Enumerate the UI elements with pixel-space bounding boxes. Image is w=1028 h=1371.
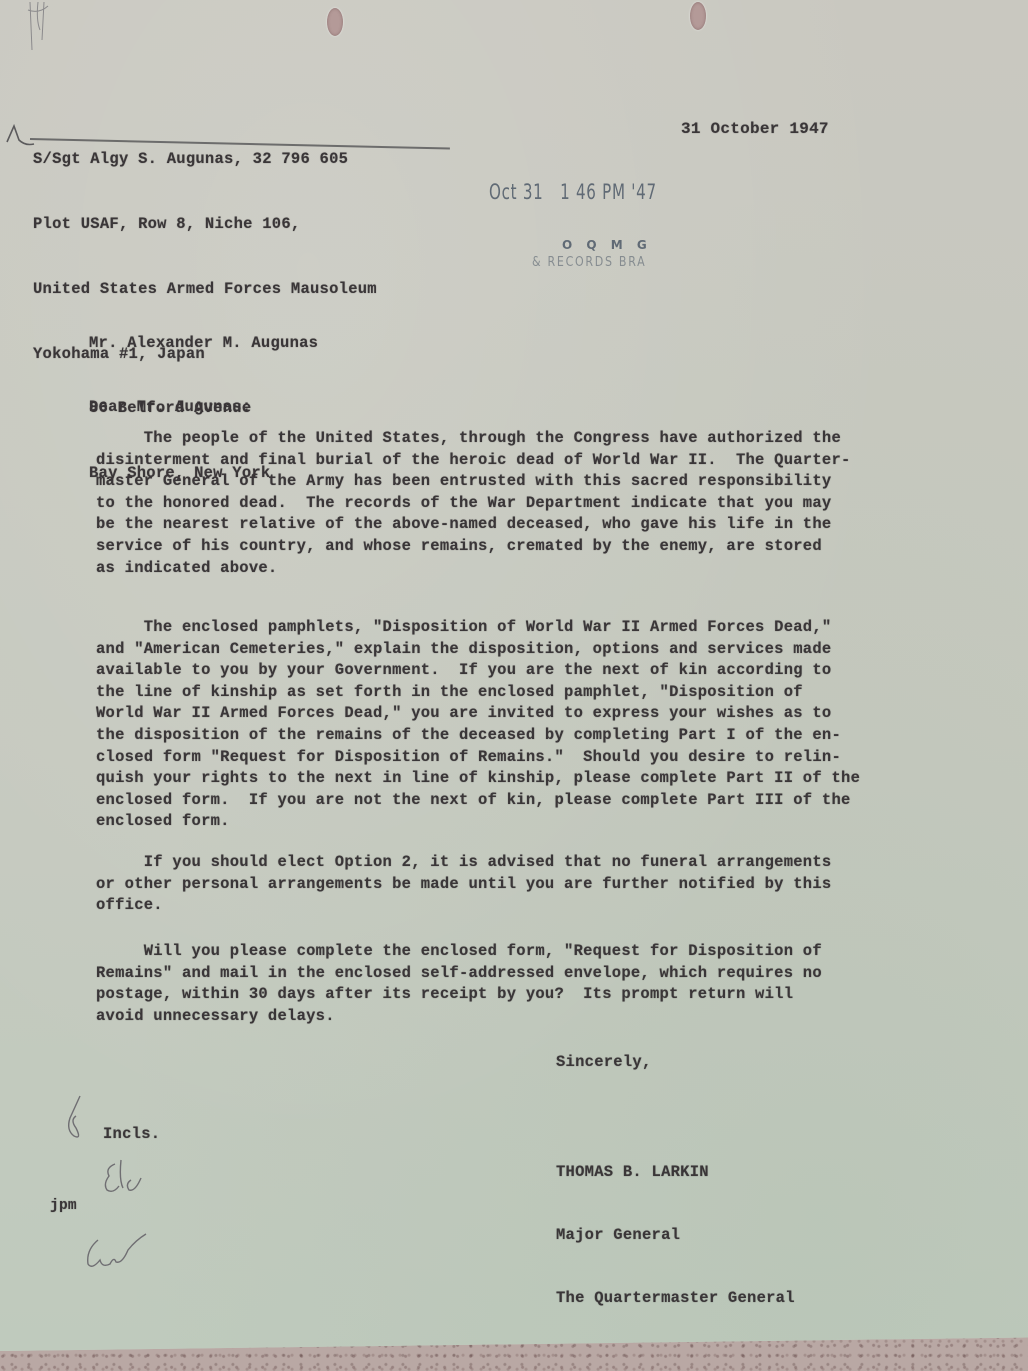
paragraph-line: Remains" and mail in the enclosed self-a…	[96, 963, 996, 985]
signer-name: THOMAS B. LARKIN	[556, 1162, 795, 1183]
paragraph-line: and "American Cemeteries," explain the d…	[96, 639, 996, 661]
paragraph-line: closed form "Request for Disposition of …	[96, 747, 996, 769]
paragraph-line: The enclosed pamphlets, "Disposition of …	[96, 617, 996, 639]
punch-hole-left	[327, 8, 343, 36]
received-time-stamp: Oct 31 1 46 PM '47	[489, 180, 657, 204]
body-paragraph-1: The people of the United States, through…	[96, 428, 996, 579]
paragraph-line: enclosed form.	[96, 811, 996, 833]
body-paragraph-2: The enclosed pamphlets, "Disposition of …	[96, 617, 996, 833]
recipient-line: Mr. Alexander M. Augunas	[89, 333, 318, 355]
paragraph-line: the line of kinship as set forth in the …	[96, 682, 996, 704]
handwritten-initials-elc-icon	[95, 1150, 175, 1210]
paragraph-line: office.	[96, 895, 996, 917]
sender-line: S/Sgt Algy S. Augunas, 32 796 605	[33, 149, 377, 171]
caret-mark-icon	[5, 120, 35, 148]
body-paragraph-3: If you should elect Option 2, it is advi…	[96, 852, 996, 917]
handwritten-eight-icon	[62, 1090, 142, 1150]
paragraph-line: World War II Armed Forces Dead," you are…	[96, 703, 996, 725]
body-paragraph-4: Will you please complete the enclosed fo…	[96, 941, 996, 1027]
records-branch-stamp: & RECORDS BRA	[532, 255, 646, 270]
salutation: Dear Mr. Augunas:	[89, 397, 251, 419]
corner-pencil-mark-icon	[24, 0, 54, 55]
letter-page: S/Sgt Algy S. Augunas, 32 796 605 Plot U…	[0, 0, 1028, 1351]
paragraph-line: Will you please complete the enclosed fo…	[96, 941, 996, 963]
paragraph-line: service of his country, and whose remain…	[96, 536, 996, 558]
paragraph-line: postage, within 30 days after its receip…	[96, 984, 996, 1006]
paragraph-line: quish your rights to the next in line of…	[96, 768, 996, 790]
signer-title: The Quartermaster General	[556, 1288, 795, 1309]
paragraph-line: or other personal arrangements be made u…	[96, 874, 996, 896]
paragraph-line: enclosed form. If you are not the next o…	[96, 790, 996, 812]
paragraph-line: be the nearest relative of the above-nam…	[96, 514, 996, 536]
paragraph-line: to the honored dead. The records of the …	[96, 493, 996, 515]
typist-initials: jpm	[50, 1196, 77, 1218]
paragraph-line: disinterment and final burial of the her…	[96, 450, 996, 472]
letter-date: 31 October 1947	[681, 119, 829, 141]
closing: Sincerely,	[556, 1052, 652, 1074]
signer-rank: Major General	[556, 1225, 795, 1246]
paragraph-line: avoid unnecessary delays.	[96, 1006, 996, 1028]
paragraph-line: the disposition of the remains of the de…	[96, 725, 996, 747]
office-stamp: O Q M G	[562, 238, 652, 252]
paragraph-line: The people of the United States, through…	[96, 428, 996, 450]
paragraph-line: as indicated above.	[96, 558, 996, 580]
paragraph-line: available to you by your Government. If …	[96, 660, 996, 682]
paragraph-line: If you should elect Option 2, it is advi…	[96, 852, 996, 874]
punch-hole-right	[690, 2, 706, 30]
paragraph-line: master General of the Army has been entr…	[96, 471, 996, 493]
signature-block: THOMAS B. LARKIN Major General The Quart…	[556, 1120, 795, 1351]
sender-line-struck: Plot USAF, Row 8, Niche 106,	[33, 214, 377, 236]
handwritten-initials-cw-icon	[80, 1220, 160, 1280]
